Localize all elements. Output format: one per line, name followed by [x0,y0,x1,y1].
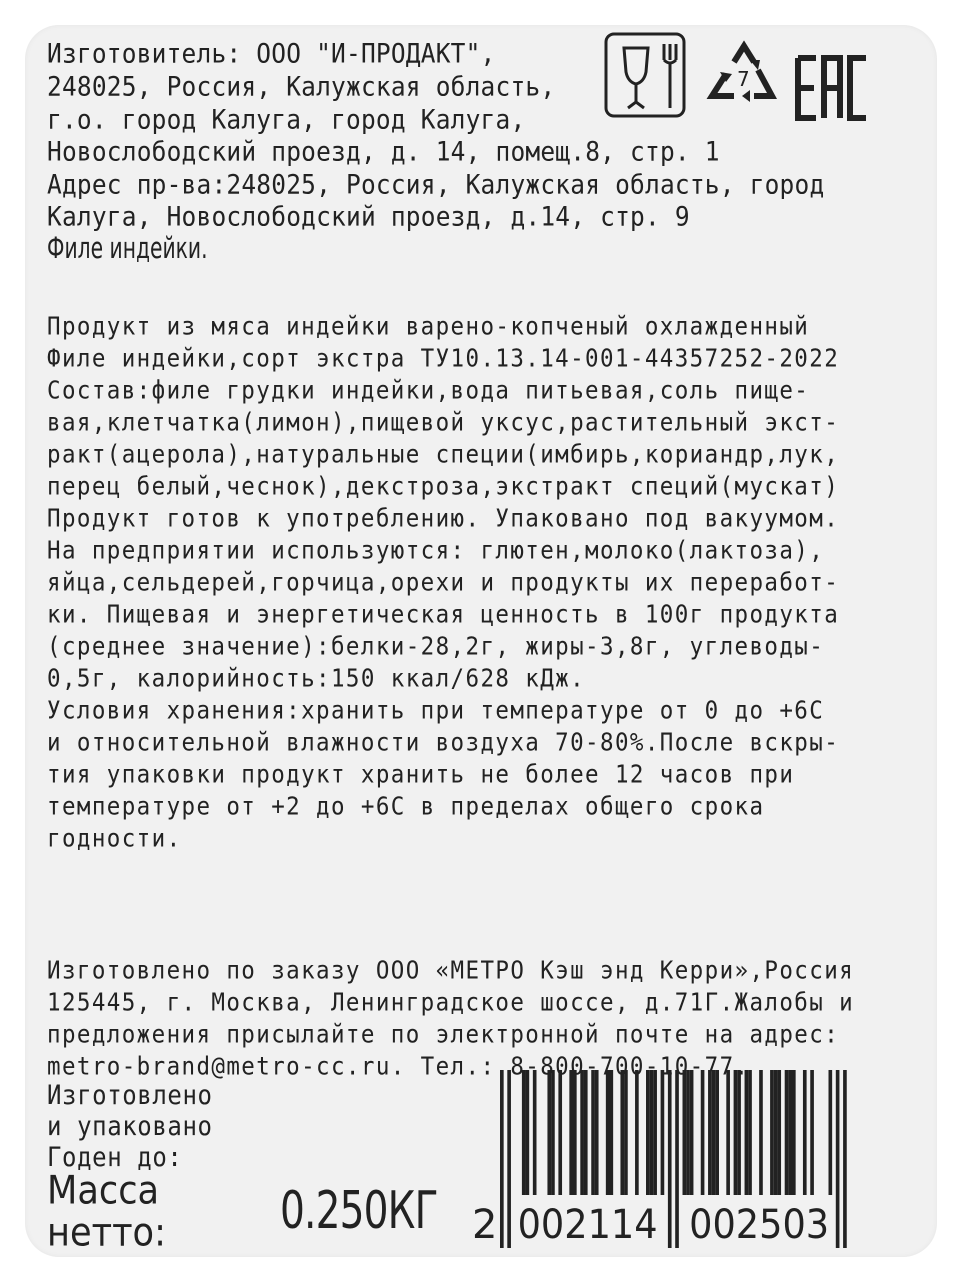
description-line: и относительной влажности воздуха 70-80%… [47,728,839,757]
description-line: Продукт готов к употреблению. Упаковано … [47,504,839,533]
description-line: Состав:филе грудки индейки,вода питьевая… [47,376,809,405]
glass-fork-icon [606,34,684,116]
manufacturer-line: 248025, Россия, Калужская область, [47,70,555,102]
recycle-icon: 7 [712,46,772,102]
product-title: Филе индейки. [47,232,208,266]
description-line: температуре от +2 до +6С в пределах обще… [47,792,764,821]
net-weight-label: Масса [47,1168,159,1213]
manufacturer-line: Адрес пр-ва:248025, Россия, Калужская об… [47,168,824,200]
manufacturer-line: г.о. город Калуга, город Калуга, [47,103,525,135]
eac-mark-icon [798,58,866,118]
manufacturer-line: Изготовитель: ООО "И-ПРОДАКТ", [47,37,496,69]
svg-text:002114: 002114 [518,1202,658,1248]
produced-label: и упаковано [47,1111,213,1142]
order-line: Изготовлено по заказу ООО «МЕТРО Кэш энд… [47,956,854,985]
certification-icons: 7 [600,30,880,130]
description-line: перец белый,чеснок),декстроза,экстракт с… [47,472,839,501]
description-line: ки. Пищевая и энергетическая ценность в … [47,600,839,629]
manufacturer-line: Калуга, Новослободский проезд, д.14, стр… [47,200,690,232]
svg-text:002503: 002503 [689,1202,829,1248]
description-line: 0,5г, калорийность:150 ккал/628 кДж. [47,664,585,693]
net-weight-value: 0.250КГ [280,1180,438,1240]
order-line: 125445, г. Москва, Ленинградское шоссе, … [47,988,854,1017]
svg-text:2: 2 [472,1202,497,1248]
svg-text:7: 7 [737,67,750,91]
description-line: На предприятии используются: глютен,моло… [47,536,824,565]
description-line: ракт(ацерола),натуральные специи(имбирь,… [47,440,839,469]
description-line: Продукт из мяса индейки варено-копченый … [47,312,809,341]
order-line: предложения присылайте по электронной по… [47,1020,839,1049]
description-line: Филе индейки,сорт экстра ТУ10.13.14-001-… [47,344,839,373]
net-weight-label: нетто: [47,1210,166,1255]
description-line: яйца,сельдерей,горчица,орехи и продукты … [47,568,839,597]
description-line: (среднее значение):белки-28,2г, жиры-3,8… [47,632,824,661]
ean13-barcode: 2002114002503 [470,1070,870,1250]
manufacturer-line: Новослободский проезд, д. 14, помещ.8, с… [47,135,720,167]
description-line: тия упаковки продукт хранить не более 12… [47,760,794,789]
description-line: вая,клетчатка(лимон),пищевой уксус,расти… [47,408,839,437]
description-line: годности. [47,824,182,853]
description-line: Условия хранения:хранить при температуре… [47,696,824,725]
produced-label: Изготовлено [47,1080,213,1111]
